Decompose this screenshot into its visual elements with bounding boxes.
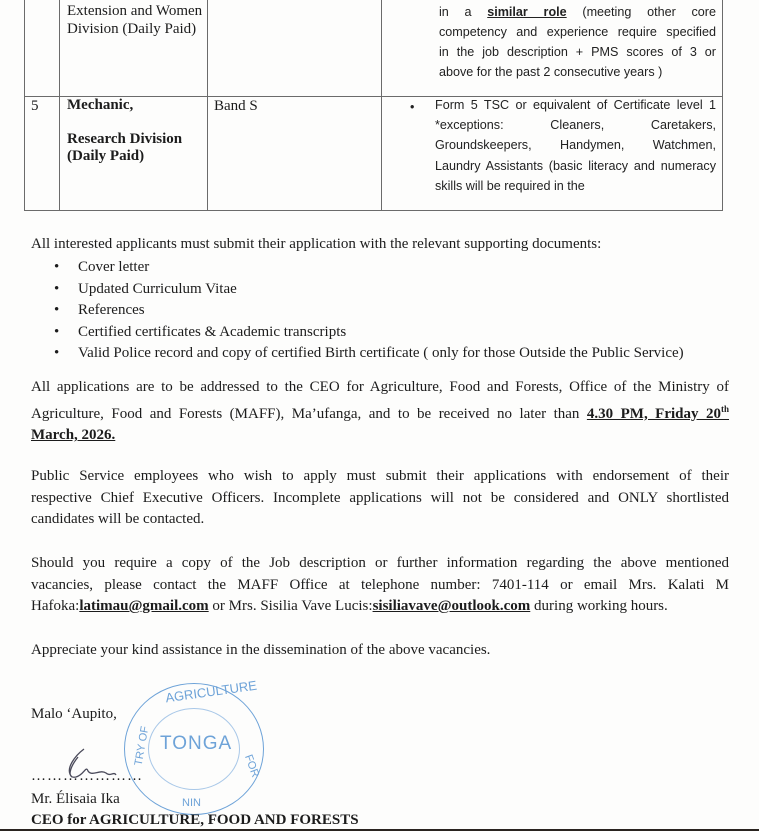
table-row5-position: Mechanic, Research Division (Daily Paid): [67, 97, 182, 165]
position-line: Division (Daily Paid): [67, 20, 202, 38]
list-item: •Cover letter: [54, 257, 684, 279]
requirement-line: Form 5 TSC or equivalent of Certificate …: [435, 95, 716, 115]
paragraph-line: respective Chief Executive Officers. Inc…: [31, 488, 729, 510]
intro-text: All interested applicants must submit th…: [31, 234, 729, 256]
position-pay: (Daily Paid): [67, 148, 182, 165]
requirement-line: in the job description + PMS scores of 3…: [439, 42, 716, 62]
position-line: Extension and Women: [67, 2, 202, 20]
requirement-line: skills will be required in the: [435, 176, 716, 196]
table-row-prev-requirements: in a similar role (meeting other core co…: [439, 2, 716, 82]
requirement-line: *exceptions: Cleaners, Caretakers,: [435, 115, 716, 135]
similar-role-emphasis: similar role: [487, 5, 566, 19]
signatory-title: CEO for AGRICULTURE, FOOD AND FORESTS: [31, 812, 359, 829]
requirement-line: Laundry Assistants (basic literacy and n…: [435, 156, 716, 176]
table-border-col4: [381, 0, 382, 211]
table-row-prev-position: Extension and Women Division (Daily Paid…: [67, 2, 202, 38]
contact-paragraph: Should you require a copy of the Job des…: [31, 553, 729, 618]
paragraph-line: Public Service employees who wish to app…: [31, 466, 729, 488]
requirement-line: Groundskeepers, Handymen, Watchmen,: [435, 135, 716, 155]
requirement-line: above for the past 2 consecutive years ): [439, 62, 716, 82]
paragraph-line: vacancies, please contact the MAFF Offic…: [31, 575, 729, 597]
table-border-left: [24, 0, 25, 211]
address-paragraph: All applications are to be addressed to …: [31, 377, 729, 447]
bullet-icon: •: [54, 257, 78, 279]
greeting: Malo ‘Aupito,: [31, 706, 117, 723]
stamp-bottom-arc: NIN: [182, 797, 201, 809]
table-row5-band: Band S: [214, 97, 258, 115]
position-division: Research Division: [67, 131, 182, 148]
paragraph-line: Agriculture, Food and Forests (MAFF), Ma…: [31, 399, 729, 426]
stamp-center-text: TONGA: [160, 733, 232, 755]
position-title: Mechanic,: [67, 97, 182, 114]
list-item: •Valid Police record and copy of certifi…: [54, 343, 684, 365]
table-border-col3: [207, 0, 208, 211]
bullet-icon: •: [54, 343, 78, 365]
email-link-kalati[interactable]: latimau@gmail.com: [79, 598, 208, 614]
email-link-sisilia[interactable]: sisiliavave@outlook.com: [373, 598, 531, 614]
paragraph-line: All applications are to be addressed to …: [31, 377, 729, 399]
table-border-bottom: [24, 210, 723, 211]
bullet-icon: •: [54, 300, 78, 322]
signatory-name: Mr. Élisaia Ika: [31, 791, 120, 808]
documents-list: •Cover letter •Updated Curriculum Vitae …: [54, 257, 684, 365]
list-item: •Certified certificates & Academic trans…: [54, 322, 684, 344]
paragraph-line: Should you require a copy of the Job des…: [31, 553, 729, 575]
bullet-icon: •: [54, 322, 78, 344]
bullet-icon: •: [54, 279, 78, 301]
list-item: •Updated Curriculum Vitae: [54, 279, 684, 301]
deadline-text-date: March, 2026.: [31, 425, 729, 447]
table-row5-requirements: Form 5 TSC or equivalent of Certificate …: [435, 95, 716, 196]
public-service-paragraph: Public Service employees who wish to app…: [31, 466, 729, 531]
appreciation-text: Appreciate your kind assistance in the d…: [31, 640, 729, 662]
list-item: •References: [54, 300, 684, 322]
paragraph-line: candidates will be contacted.: [31, 509, 729, 531]
bullet-icon: •: [410, 97, 414, 117]
signature-dots: …………………: [31, 768, 143, 785]
requirement-line: competency and experience require specif…: [439, 22, 716, 42]
paragraph-line: Hafoka:latimau@gmail.com or Mrs. Sisilia…: [31, 596, 729, 618]
table-border-col2: [59, 0, 60, 211]
table-row5-number: 5: [31, 97, 39, 115]
deadline-text: 4.30 PM, Friday 20th: [587, 406, 729, 422]
requirement-line: in a similar role (meeting other core: [439, 2, 716, 22]
table-border-right: [722, 0, 723, 211]
